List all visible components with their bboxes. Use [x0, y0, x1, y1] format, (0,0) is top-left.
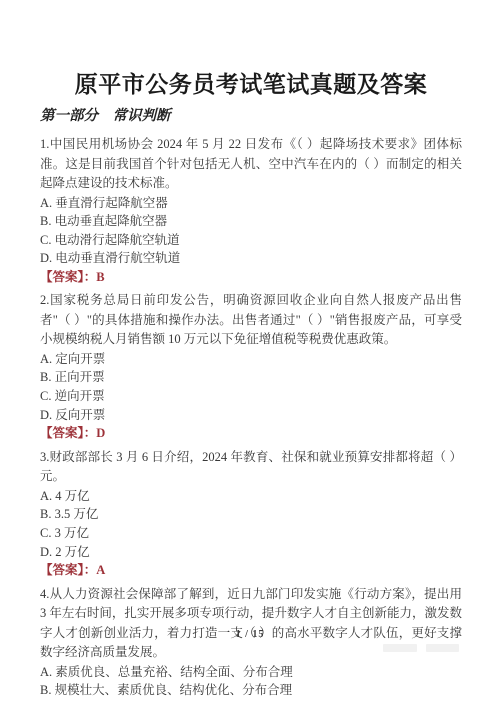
option-item: D. 电动垂直滑行航空轨道: [40, 249, 462, 268]
option-item: B. 电动垂直起降航空器: [40, 212, 462, 231]
document-page: 原平市公务员考试笔试真题及答案 第一部分 常识判断 1.中国民用机场协会 202…: [0, 0, 500, 707]
answer-letter: A: [96, 563, 105, 577]
question-block-2: 2.国家税务总局日前印发公告，明确资源回收企业向自然人报废产品出售者"（ ）"的…: [40, 291, 462, 442]
question-list: 1.中国民用机场协会 2024 年 5 月 22 日发布《（ ）起降场技术要求》…: [40, 135, 462, 700]
page-number: 1 / 15: [0, 629, 500, 641]
answer-prefix: 【答案】：: [40, 426, 96, 440]
answer-letter: B: [96, 270, 104, 284]
watermark-text-right: [426, 644, 460, 652]
option-item: B. 3.5 万亿: [40, 505, 462, 524]
question-block-1: 1.中国民用机场协会 2024 年 5 月 22 日发布《（ ）起降场技术要求》…: [40, 135, 462, 286]
answer-letter: D: [96, 426, 105, 440]
option-item: D. 2 万亿: [40, 543, 462, 562]
section-heading: 第一部分 常识判断: [40, 108, 462, 124]
option-item: B. 正向开票: [40, 368, 462, 387]
option-item: A. 素质优良、总量充裕、结构全面、分布合理: [40, 663, 462, 682]
answer-line: 【答案】：D: [40, 425, 462, 443]
document-body: 原平市公务员考试笔试真题及答案 第一部分 常识判断 1.中国民用机场协会 202…: [0, 0, 500, 700]
question-block-3: 3.财政部部长 3 月 6 日介绍，2024 年教育、社保和就业预算安排都将超（…: [40, 448, 462, 580]
option-item: D. 反向开票: [40, 406, 462, 425]
option-item: C. 电动滑行起降航空轨道: [40, 231, 462, 250]
question-stem: 1.中国民用机场协会 2024 年 5 月 22 日发布《（ ）起降场技术要求》…: [40, 135, 462, 194]
option-item: C. 逆向开票: [40, 387, 462, 406]
question-stem: 3.财政部部长 3 月 6 日介绍，2024 年教育、社保和就业预算安排都将超（…: [40, 448, 462, 487]
answer-prefix: 【答案】：: [40, 270, 96, 284]
question-stem: 2.国家税务总局日前印发公告，明确资源回收企业向自然人报废产品出售者"（ ）"的…: [40, 291, 462, 350]
watermark-text-left: [383, 644, 417, 652]
answer-line: 【答案】：A: [40, 562, 462, 580]
page-title: 原平市公务员考试笔试真题及答案: [40, 72, 462, 96]
option-item: A. 4 万亿: [40, 487, 462, 506]
option-item: B. 规模壮大、素质优良、结构优化、分布合理: [40, 681, 462, 700]
option-item: A. 垂直滑行起降航空器: [40, 194, 462, 213]
watermark: [383, 644, 459, 652]
option-item: C. 3 万亿: [40, 524, 462, 543]
answer-line: 【答案】：B: [40, 269, 462, 287]
question-block-4: 4.从人力资源社会保障部了解到，近日九部门印发实施《行动方案》，提出用 3 年左…: [40, 585, 462, 700]
answer-prefix: 【答案】：: [40, 563, 96, 577]
option-item: A. 定向开票: [40, 350, 462, 369]
